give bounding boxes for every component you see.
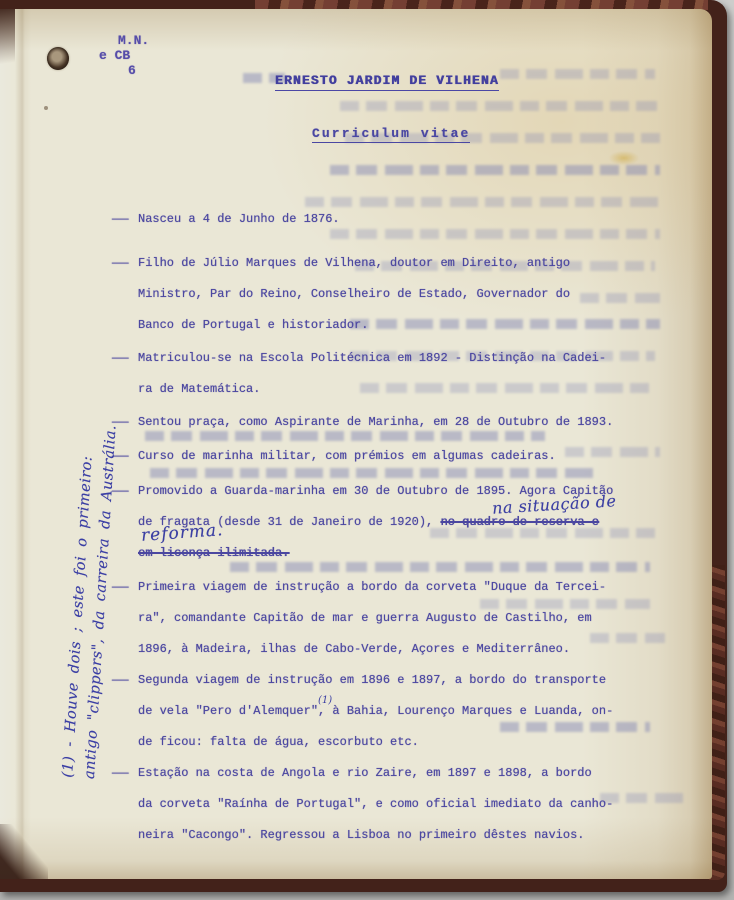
cover-corner-bottom-left [0,824,48,879]
document-subtitle: Curriculum vitae [312,126,470,143]
hole-punch [47,47,69,70]
entry-dash: — [112,758,129,789]
ink-speck [44,106,48,110]
struck-text: no quadro de reserva e [440,515,598,529]
struck-text: em licença ilimitada. [138,546,289,560]
cv-entry-first-voyage: — Primeira viagem de instrução a bordo d… [112,572,652,665]
document-title: ERNESTO JARDIM DE VILHENA [275,73,499,91]
stamp-line-2: e CB [99,48,149,63]
show-through-line [500,69,655,79]
cv-entry-enlistment: — Sentou praça, como Aspirante de Marinh… [112,407,652,438]
cv-entry-birth: — Nasceu a 4 de Junho de 1876. [112,204,652,235]
document-page: M.N. e CB 6 ERNESTO JARDIM DE VILHENA Cu… [0,9,712,879]
cv-entry-polytechnic: — Matriculou-se na Escola Politécnica em… [112,343,652,405]
entry-dash: — [112,572,129,603]
entry-dash: — [112,204,129,235]
cv-entry-father: — Filho de Júlio Marques de Vilhena, dou… [112,248,652,341]
cv-entry-naval-course: — Curso de marinha militar, com prémios … [112,441,652,472]
archive-stamp: M.N. e CB 6 [99,33,149,78]
show-through-line [340,101,660,111]
gutter-crease [15,9,31,879]
stamp-line-3: 6 [128,63,149,78]
entry-dash: — [112,665,129,696]
cv-entry-angola-station: — Estação na costa de Angola e rio Zaire… [112,758,652,851]
cv-entry-second-voyage: — Segunda viagem de instrução em 1896 e … [112,665,652,758]
cover-corner-top-left [0,9,15,84]
paper-stain [609,151,639,165]
scanned-photo: M.N. e CB 6 ERNESTO JARDIM DE VILHENA Cu… [0,0,734,900]
entry-dash: — [112,248,129,279]
show-through-line [330,165,660,175]
stamp-line-1: M.N. [118,33,149,48]
